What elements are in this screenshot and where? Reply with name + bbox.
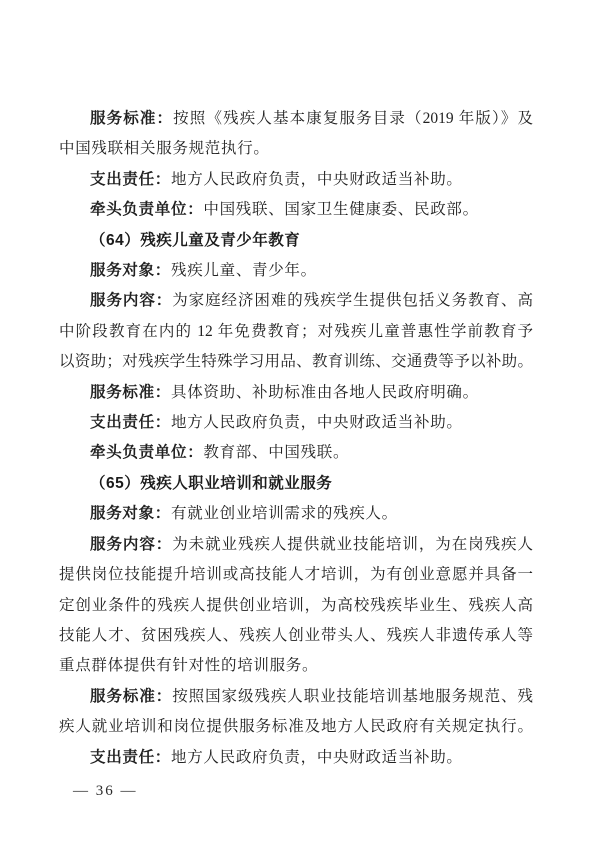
- field-text: 有就业创业培训需求的残疾人。: [171, 505, 398, 522]
- field-label: 牵头负责单位：: [90, 444, 203, 461]
- page-number: — 36 —: [73, 783, 138, 800]
- text-line: 服务标准：按照《残疾人基本康复服务目录（2019 年版）》及: [59, 104, 533, 134]
- field-text: 中国残联、国家卫生健康委、民政部。: [203, 201, 478, 218]
- text-line: 以资助；对残疾学生特殊学习用品、教育训练、交通费等予以补助。: [59, 347, 533, 377]
- section-heading-65: （65）残疾人职业培训和就业服务: [59, 469, 533, 499]
- field-label: 牵头负责单位：: [90, 201, 203, 218]
- paragraph: 支出责任：地方人民政府负责，中央财政适当补助。: [59, 165, 533, 195]
- text-line: 服务标准：具体资助、补助标准由各地人民政府明确。: [59, 378, 533, 408]
- field-text: 为未就业残疾人提供就业技能培训，为在岗残疾人: [172, 536, 533, 553]
- field-text: 按照《残疾人基本康复服务目录（2019 年版）》及: [173, 110, 533, 127]
- text-line: 支出责任：地方人民政府负责，中央财政适当补助。: [59, 743, 533, 773]
- field-label: 服务标准：: [90, 384, 171, 401]
- field-label: 支出责任：: [90, 171, 171, 188]
- text-line: 支出责任：地方人民政府负责，中央财政适当补助。: [59, 165, 533, 195]
- field-text: 残疾儿童、青少年。: [171, 262, 317, 279]
- field-label: 支出责任：: [90, 749, 171, 766]
- text-line: 服务内容：为家庭经济困难的残疾学生提供包括义务教育、高: [59, 286, 533, 316]
- field-label: 服务内容：: [90, 292, 172, 309]
- text-line: 中国残联相关服务规范执行。: [59, 134, 533, 164]
- text-line: 定创业条件的残疾人提供创业培训，为高校残疾毕业生、残疾人高: [59, 591, 533, 621]
- field-label: 服务对象：: [90, 505, 171, 522]
- field-label: 服务对象：: [90, 262, 171, 279]
- text-line: 疾人就业培训和岗位提供服务标准及地方人民政府有关规定执行。: [59, 712, 533, 742]
- text-line: 服务标准：按照国家级残疾人职业技能培训基地服务规范、残: [59, 682, 533, 712]
- field-text: 按照国家级残疾人职业技能培训基地服务规范、残: [172, 688, 533, 705]
- paragraph: 牵头负责单位：中国残联、国家卫生健康委、民政部。: [59, 195, 533, 225]
- section-heading-64: （64）残疾儿童及青少年教育: [59, 226, 533, 256]
- document-page: 服务标准：按照《残疾人基本康复服务目录（2019 年版）》及 中国残联相关服务规…: [0, 0, 610, 864]
- field-text: 教育部、中国残联。: [203, 444, 349, 461]
- field-label: 支出责任：: [90, 414, 171, 431]
- document-body: 服务标准：按照《残疾人基本康复服务目录（2019 年版）》及 中国残联相关服务规…: [59, 104, 533, 773]
- paragraph: 服务标准：按照《残疾人基本康复服务目录（2019 年版）》及 中国残联相关服务规…: [59, 104, 533, 165]
- paragraph: 支出责任：地方人民政府负责，中央财政适当补助。: [59, 408, 533, 438]
- paragraph: 支出责任：地方人民政府负责，中央财政适当补助。: [59, 743, 533, 773]
- text-line: 服务内容：为未就业残疾人提供就业技能培训，为在岗残疾人: [59, 530, 533, 560]
- text-line: 中阶段教育在内的 12 年免费教育；对残疾儿童普惠性学前教育予: [59, 317, 533, 347]
- paragraph: 服务内容：为家庭经济困难的残疾学生提供包括义务教育、高 中阶段教育在内的 12 …: [59, 286, 533, 377]
- field-text: 地方人民政府负责，中央财政适当补助。: [171, 414, 463, 431]
- paragraph: 服务对象：有就业创业培训需求的残疾人。: [59, 499, 533, 529]
- field-text: 地方人民政府负责，中央财政适当补助。: [171, 749, 463, 766]
- field-text: 为家庭经济困难的残疾学生提供包括义务教育、高: [172, 292, 533, 309]
- paragraph: 服务内容：为未就业残疾人提供就业技能培训，为在岗残疾人 提供岗位技能提升培训或高…: [59, 530, 533, 682]
- text-line: 服务对象：有就业创业培训需求的残疾人。: [59, 499, 533, 529]
- paragraph: 服务标准：按照国家级残疾人职业技能培训基地服务规范、残 疾人就业培训和岗位提供服…: [59, 682, 533, 743]
- field-text: 具体资助、补助标准由各地人民政府明确。: [171, 384, 479, 401]
- text-line: 支出责任：地方人民政府负责，中央财政适当补助。: [59, 408, 533, 438]
- text-line: 提供岗位技能提升培训或高技能人才培训，为有创业意愿并具备一: [59, 560, 533, 590]
- field-label: 服务标准：: [90, 110, 173, 127]
- field-text: 地方人民政府负责，中央财政适当补助。: [171, 171, 463, 188]
- field-label: 服务内容：: [90, 536, 172, 553]
- text-line: 牵头负责单位：教育部、中国残联。: [59, 438, 533, 468]
- text-line: 技能人才、贫困残疾人、残疾人创业带头人、残疾人非遗传承人等: [59, 621, 533, 651]
- paragraph: 服务对象：残疾儿童、青少年。: [59, 256, 533, 286]
- field-label: 服务标准：: [90, 688, 172, 705]
- text-line: 重点群体提供有针对性的培训服务。: [59, 651, 533, 681]
- paragraph: 服务标准：具体资助、补助标准由各地人民政府明确。: [59, 378, 533, 408]
- text-line: 服务对象：残疾儿童、青少年。: [59, 256, 533, 286]
- paragraph: 牵头负责单位：教育部、中国残联。: [59, 438, 533, 468]
- text-line: 牵头负责单位：中国残联、国家卫生健康委、民政部。: [59, 195, 533, 225]
